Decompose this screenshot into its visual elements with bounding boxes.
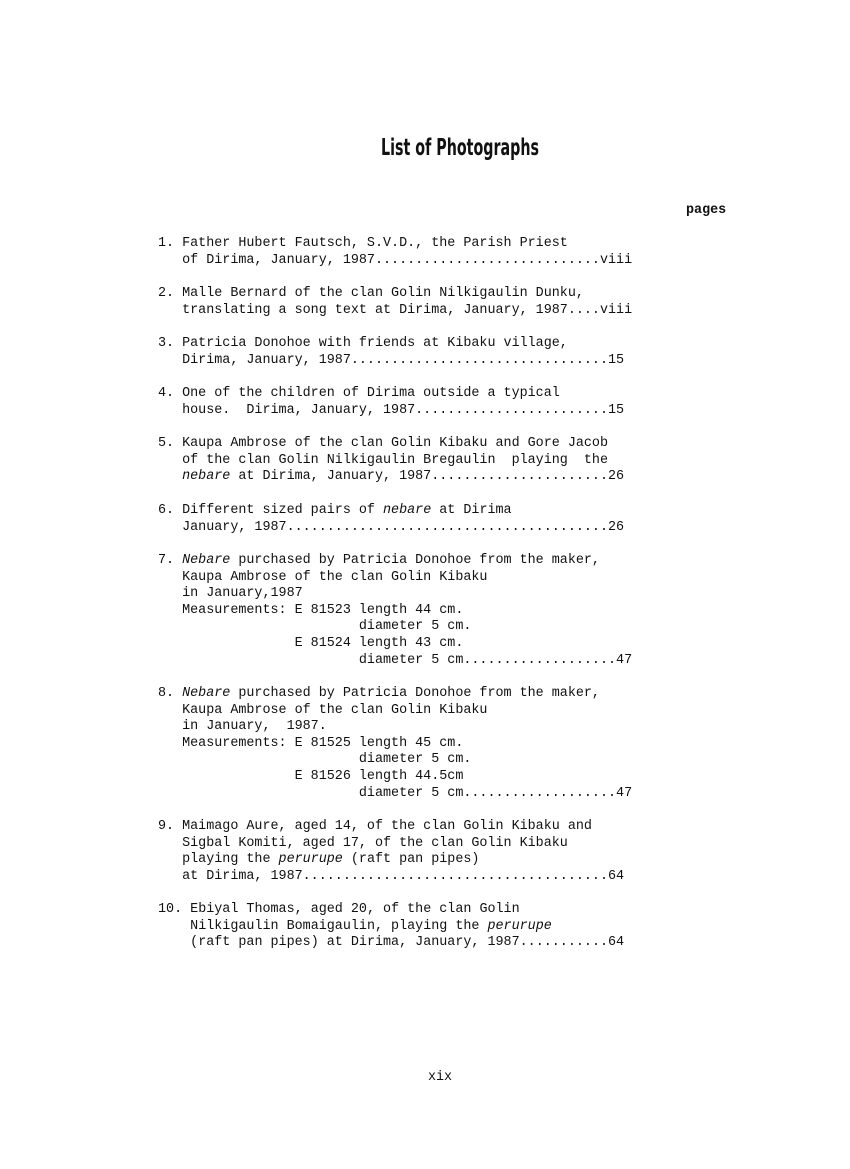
entry-continuation-line: Sigbal Komiti, aged 17, of the clan Goli…	[158, 836, 624, 853]
entry-continuation-line: (raft pan pipes) at Dirima, January, 198…	[158, 935, 624, 952]
entry-continuation-line: in January,1987	[158, 586, 632, 603]
entry-first-line: 3. Patricia Donohoe with friends at Kiba…	[158, 336, 624, 353]
entry-continuation-line: Kaupa Ambrose of the clan Golin Kibaku	[158, 703, 632, 720]
entry-continuation-line: of the clan Golin Nilkigaulin Bregaulin …	[158, 453, 624, 470]
entry-continuation-line: diameter 5 cm.	[158, 752, 632, 769]
list-entry: 10. Ebiyal Thomas, aged 20, of the clan …	[158, 902, 624, 952]
entry-continuation-line: nebare at Dirima, January, 1987.........…	[158, 469, 624, 486]
entry-first-line: 8. Nebare purchased by Patricia Donohoe …	[158, 686, 632, 703]
entry-continuation-line: January, 1987...........................…	[158, 520, 624, 537]
entry-continuation-line: translating a song text at Dirima, Janua…	[158, 303, 632, 320]
list-entry: 8. Nebare purchased by Patricia Donohoe …	[158, 686, 632, 802]
entry-continuation-line: of Dirima, January, 1987................…	[158, 253, 632, 270]
entry-first-line: 2. Malle Bernard of the clan Golin Nilki…	[158, 286, 632, 303]
pages-column-heading: pages	[686, 203, 726, 220]
entry-first-line: 1. Father Hubert Fautsch, S.V.D., the Pa…	[158, 236, 632, 253]
entry-continuation-line: diameter 5 cm...................47	[158, 653, 632, 670]
page-number: xix	[0, 1070, 850, 1087]
entry-continuation-line: E 81526 length 44.5cm	[158, 769, 632, 786]
entry-first-line: 7. Nebare purchased by Patricia Donohoe …	[158, 553, 632, 570]
entry-continuation-line: at Dirima, 1987.........................…	[158, 869, 624, 886]
entry-first-line: 5. Kaupa Ambrose of the clan Golin Kibak…	[158, 436, 624, 453]
entry-first-line: 4. One of the children of Dirima outside…	[158, 386, 624, 403]
entry-continuation-line: E 81524 length 43 cm.	[158, 636, 632, 653]
page-title: List of Photographs	[175, 135, 745, 161]
entry-continuation-line: Measurements: E 81525 length 45 cm.	[158, 736, 632, 753]
entry-first-line: 9. Maimago Aure, aged 14, of the clan Go…	[158, 819, 624, 836]
entry-continuation-line: Measurements: E 81523 length 44 cm.	[158, 603, 632, 620]
entry-continuation-line: playing the perurupe (raft pan pipes)	[158, 852, 624, 869]
entry-first-line: 10. Ebiyal Thomas, aged 20, of the clan …	[158, 902, 624, 919]
entry-first-line: 6. Different sized pairs of nebare at Di…	[158, 503, 624, 520]
entry-continuation-line: Nilkigaulin Bomaigaulin, playing the per…	[158, 919, 624, 936]
list-entry: 4. One of the children of Dirima outside…	[158, 386, 624, 419]
entry-continuation-line: diameter 5 cm...................47	[158, 786, 632, 803]
list-entry: 6. Different sized pairs of nebare at Di…	[158, 503, 624, 536]
list-entry: 9. Maimago Aure, aged 14, of the clan Go…	[158, 819, 624, 885]
list-entry: 2. Malle Bernard of the clan Golin Nilki…	[158, 286, 632, 319]
entry-continuation-line: diameter 5 cm.	[158, 619, 632, 636]
entry-continuation-line: Dirima, January, 1987...................…	[158, 353, 624, 370]
list-entry: 1. Father Hubert Fautsch, S.V.D., the Pa…	[158, 236, 632, 269]
list-entry: 5. Kaupa Ambrose of the clan Golin Kibak…	[158, 436, 624, 486]
list-entry: 7. Nebare purchased by Patricia Donohoe …	[158, 553, 632, 669]
list-entry: 3. Patricia Donohoe with friends at Kiba…	[158, 336, 624, 369]
entry-continuation-line: house. Dirima, January, 1987............…	[158, 403, 624, 420]
entry-continuation-line: Kaupa Ambrose of the clan Golin Kibaku	[158, 570, 632, 587]
entry-continuation-line: in January, 1987.	[158, 719, 632, 736]
